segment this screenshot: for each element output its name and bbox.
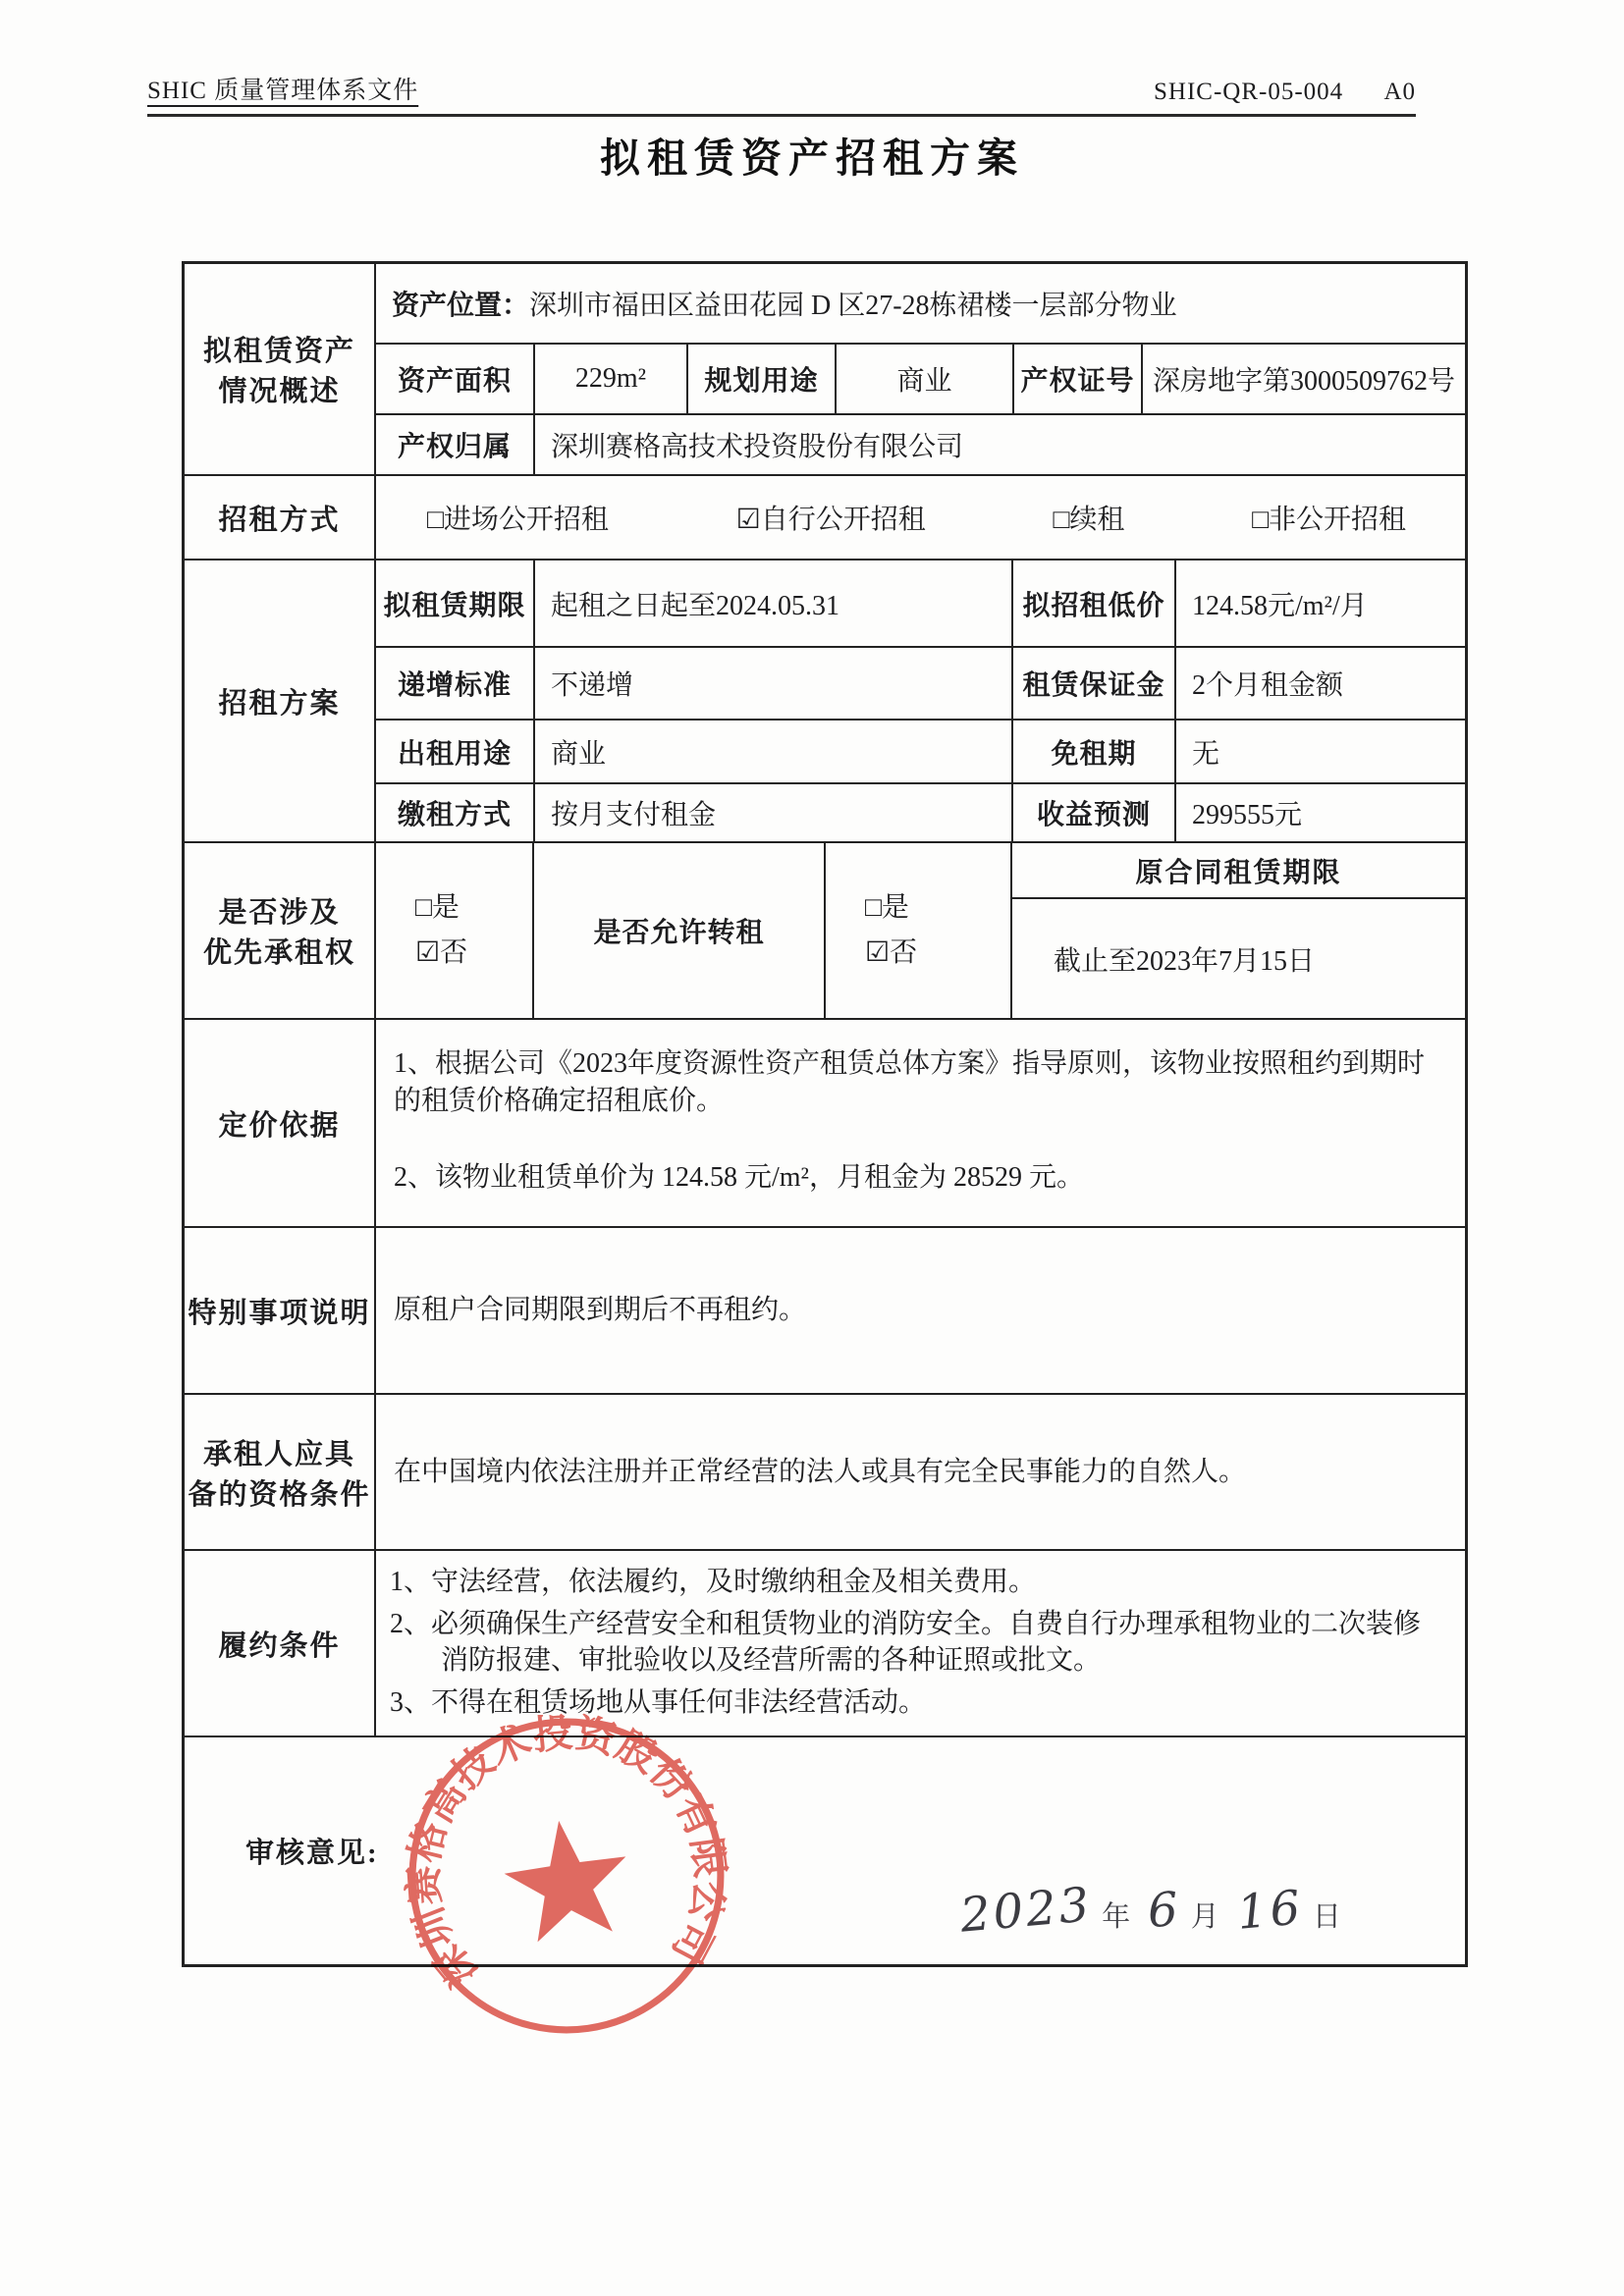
row-ownership: 产权归属 深圳赛格高技术投资股份有限公司 [376, 413, 1465, 474]
tenant-qualification-label: 承租人应具 备的资格条件 [185, 1395, 376, 1549]
asset-location-value: 深圳市福田区益田花园 D 区27-28栋裙楼一层部分物业 [529, 284, 1177, 323]
section-rental-plan: 招租方案 拟租赁期限 起租之日起至2024.05.31 拟招租低价 124.58… [185, 559, 1465, 841]
pricing-basis-item-1: 1、根据公司《2023年度资源性资产租赁总体方案》指导原则，该物业按照租约到期时… [394, 1045, 1447, 1120]
section-asset-overview: 拟租赁资产 情况概述 资产位置： 深圳市福田区益田花园 D 区27-28栋裙楼一… [185, 264, 1465, 474]
property-cert-label: 产权证号 [1012, 345, 1141, 413]
checkbox-self-open-bidding: ☑自行公开招租 [736, 498, 926, 537]
row-priority: □是 ☑否 是否允许转租 □是 ☑否 原合同租赁期限 截止至2023年7月15日 [376, 843, 1465, 1018]
rental-method-options: □进场公开招租 ☑自行公开招租 □续租 □非公开招租 [376, 476, 1465, 559]
sublet-yes-no-checks: □是 ☑否 [826, 885, 917, 976]
original-contract-term-header: 原合同租赁期限 [1012, 843, 1465, 899]
priority-right-label: 是否涉及 优先承租权 [185, 843, 376, 1018]
review-date-day: 16 [1234, 1880, 1305, 1941]
ownership-value: 深圳赛格高技术投资股份有限公司 [533, 415, 1465, 474]
review-date-year-suffix: 年 [1102, 1895, 1130, 1935]
asset-overview-content: 资产位置： 深圳市福田区益田花园 D 区27-28栋裙楼一层部分物业 资产面积 … [376, 264, 1465, 474]
review-date-month-suffix: 月 [1191, 1895, 1219, 1935]
section-rental-method: 招租方式 □进场公开招租 ☑自行公开招租 □续租 □非公开招租 [185, 474, 1465, 559]
row-asset-attributes: 资产面积 229m² 规划用途 商业 产权证号 深房地字第3000509762号 [376, 343, 1465, 413]
section-priority-right: 是否涉及 优先承租权 □是 ☑否 是否允许转租 □是 ☑否 原合同租赁期限 截止… [185, 841, 1465, 1018]
asset-area-label: 资产面积 [376, 345, 533, 413]
performance-condition-3: 3、不得在租赁场地从事任何非法经营活动。 [390, 1685, 1445, 1722]
min-price-value: 124.58元/m²/月 [1174, 561, 1465, 646]
review-date-year: 2023 [958, 1877, 1095, 1943]
performance-condition-2: 2、必须确保生产经营安全和租赁物业的消防安全。自费自行办理承租物业的二次装修消防… [390, 1607, 1445, 1680]
review-date: 2023 年 6 月 16 日 [960, 1883, 1359, 1938]
lease-term-label: 拟租赁期限 [376, 561, 533, 646]
form-table: 拟租赁资产 情况概述 资产位置： 深圳市福田区益田花园 D 区27-28栋裙楼一… [182, 261, 1468, 1967]
performance-conditions-label: 履约条件 [185, 1551, 376, 1735]
document-header: SHIC 质量管理体系文件 SHIC-QR-05-004 A0 [147, 71, 1416, 117]
pricing-basis-content: 1、根据公司《2023年度资源性资产租赁总体方案》指导原则，该物业按照租约到期时… [376, 1020, 1465, 1226]
escalation-value: 不递增 [533, 648, 1011, 718]
row-payment-method: 缴租方式 按月支付租金 收益预测 299555元 [376, 782, 1465, 841]
rental-plan-content: 拟租赁期限 起租之日起至2024.05.31 拟招租低价 124.58元/m²/… [376, 561, 1465, 841]
deposit-label: 租赁保证金 [1011, 648, 1174, 718]
escalation-label: 递增标准 [376, 648, 533, 718]
sublet-question-label: 是否允许转租 [532, 843, 824, 1018]
page-title: 拟租赁资产招租方案 [0, 126, 1624, 184]
performance-condition-1: 1、守法经营，依法履约，及时缴纳租金及相关费用。 [390, 1565, 1445, 1601]
original-contract-column: 原合同租赁期限 截止至2023年7月15日 [1010, 843, 1465, 1018]
row-escalation: 递增标准 不递增 租赁保证金 2个月租金额 [376, 646, 1465, 718]
pricing-basis-label: 定价依据 [185, 1020, 376, 1226]
payment-method-label: 缴租方式 [376, 784, 533, 841]
review-opinion-label: 审核意见: [185, 1831, 379, 1871]
revenue-forecast-label: 收益预测 [1011, 784, 1174, 841]
section-pricing-basis: 定价依据 1、根据公司《2023年度资源性资产租赁总体方案》指导原则，该物业按照… [185, 1018, 1465, 1226]
min-price-label: 拟招租低价 [1011, 561, 1174, 646]
section-tenant-qualification: 承租人应具 备的资格条件 在中国境内依法注册并正常经营的法人或具有完全民事能力的… [185, 1393, 1465, 1549]
section-performance-conditions: 履约条件 1、守法经营，依法履约，及时缴纳租金及相关费用。 2、必须确保生产经营… [185, 1549, 1465, 1735]
ownership-label: 产权归属 [376, 415, 533, 474]
special-notes-value: 原租户合同期限到期后不再租约。 [376, 1228, 1465, 1393]
scanned-document-page: SHIC 质量管理体系文件 SHIC-QR-05-004 A0 拟租赁资产招租方… [0, 0, 1624, 2296]
asset-overview-label: 拟租赁资产 情况概述 [185, 264, 376, 474]
tenant-qualification-value: 在中国境内依法注册并正常经营的法人或具有完全民事能力的自然人。 [376, 1395, 1465, 1549]
original-contract-term-value: 截止至2023年7月15日 [1012, 899, 1465, 1018]
property-cert-value: 深房地字第3000509762号 [1141, 345, 1465, 413]
section-review-opinion: 审核意见: 2023 年 6 月 16 日 [185, 1735, 1465, 1964]
review-date-month: 6 [1147, 1882, 1182, 1939]
lease-use-label: 出租用途 [376, 721, 533, 783]
checkbox-non-public: □非公开招租 [1252, 498, 1406, 537]
asset-area-value: 229m² [533, 345, 686, 413]
rent-free-label: 免租期 [1011, 721, 1174, 783]
priority-checkboxes: □是 ☑否 [376, 843, 532, 1018]
review-opinion-row: 审核意见: 2023 年 6 月 16 日 [185, 1737, 1465, 1964]
rental-method-label: 招租方式 [185, 476, 376, 559]
checkbox-open-bidding-onsite: □进场公开招租 [427, 498, 609, 537]
row-asset-location: 资产位置： 深圳市福田区益田花园 D 区27-28栋裙楼一层部分物业 [376, 264, 1465, 343]
deposit-value: 2个月租金额 [1174, 648, 1465, 718]
asset-location-cell: 资产位置： 深圳市福田区益田花园 D 区27-28栋裙楼一层部分物业 [376, 264, 1465, 343]
header-doc-code-group: SHIC-QR-05-004 A0 [1120, 79, 1416, 106]
pricing-basis-item-2: 2、该物业租赁单价为 124.58 元/m²，月租金为 28529 元。 [394, 1159, 1447, 1197]
revenue-forecast-value: 299555元 [1174, 784, 1465, 841]
rental-plan-label: 招租方案 [185, 561, 376, 841]
priority-yes-no-checks: □是 ☑否 [376, 885, 467, 976]
lease-term-value: 起租之日起至2024.05.31 [533, 561, 1011, 646]
row-lease-use: 出租用途 商业 免租期 无 [376, 719, 1465, 783]
header-system-label: SHIC 质量管理体系文件 [147, 71, 418, 106]
doc-revision: A0 [1383, 79, 1416, 105]
row-lease-term: 拟租赁期限 起租之日起至2024.05.31 拟招租低价 124.58元/m²/… [376, 561, 1465, 646]
planned-use-value: 商业 [835, 345, 1012, 413]
planned-use-label: 规划用途 [686, 345, 835, 413]
special-notes-label: 特别事项说明 [185, 1228, 376, 1393]
doc-code: SHIC-QR-05-004 [1154, 79, 1343, 105]
section-special-notes: 特别事项说明 原租户合同期限到期后不再租约。 [185, 1226, 1465, 1393]
sublet-checkboxes: □是 ☑否 [824, 843, 1010, 1018]
payment-method-value: 按月支付租金 [533, 784, 1011, 841]
rent-free-value: 无 [1174, 721, 1465, 783]
asset-location-label: 资产位置： [392, 284, 529, 323]
lease-use-value: 商业 [533, 721, 1011, 783]
checkbox-renew-lease: □续租 [1053, 498, 1124, 537]
review-date-day-suffix: 日 [1313, 1895, 1341, 1935]
performance-conditions-list: 1、守法经营，依法履约，及时缴纳租金及相关费用。 2、必须确保生产经营安全和租赁… [376, 1551, 1465, 1735]
priority-right-content: □是 ☑否 是否允许转租 □是 ☑否 原合同租赁期限 截止至2023年7月15日 [376, 843, 1465, 1018]
